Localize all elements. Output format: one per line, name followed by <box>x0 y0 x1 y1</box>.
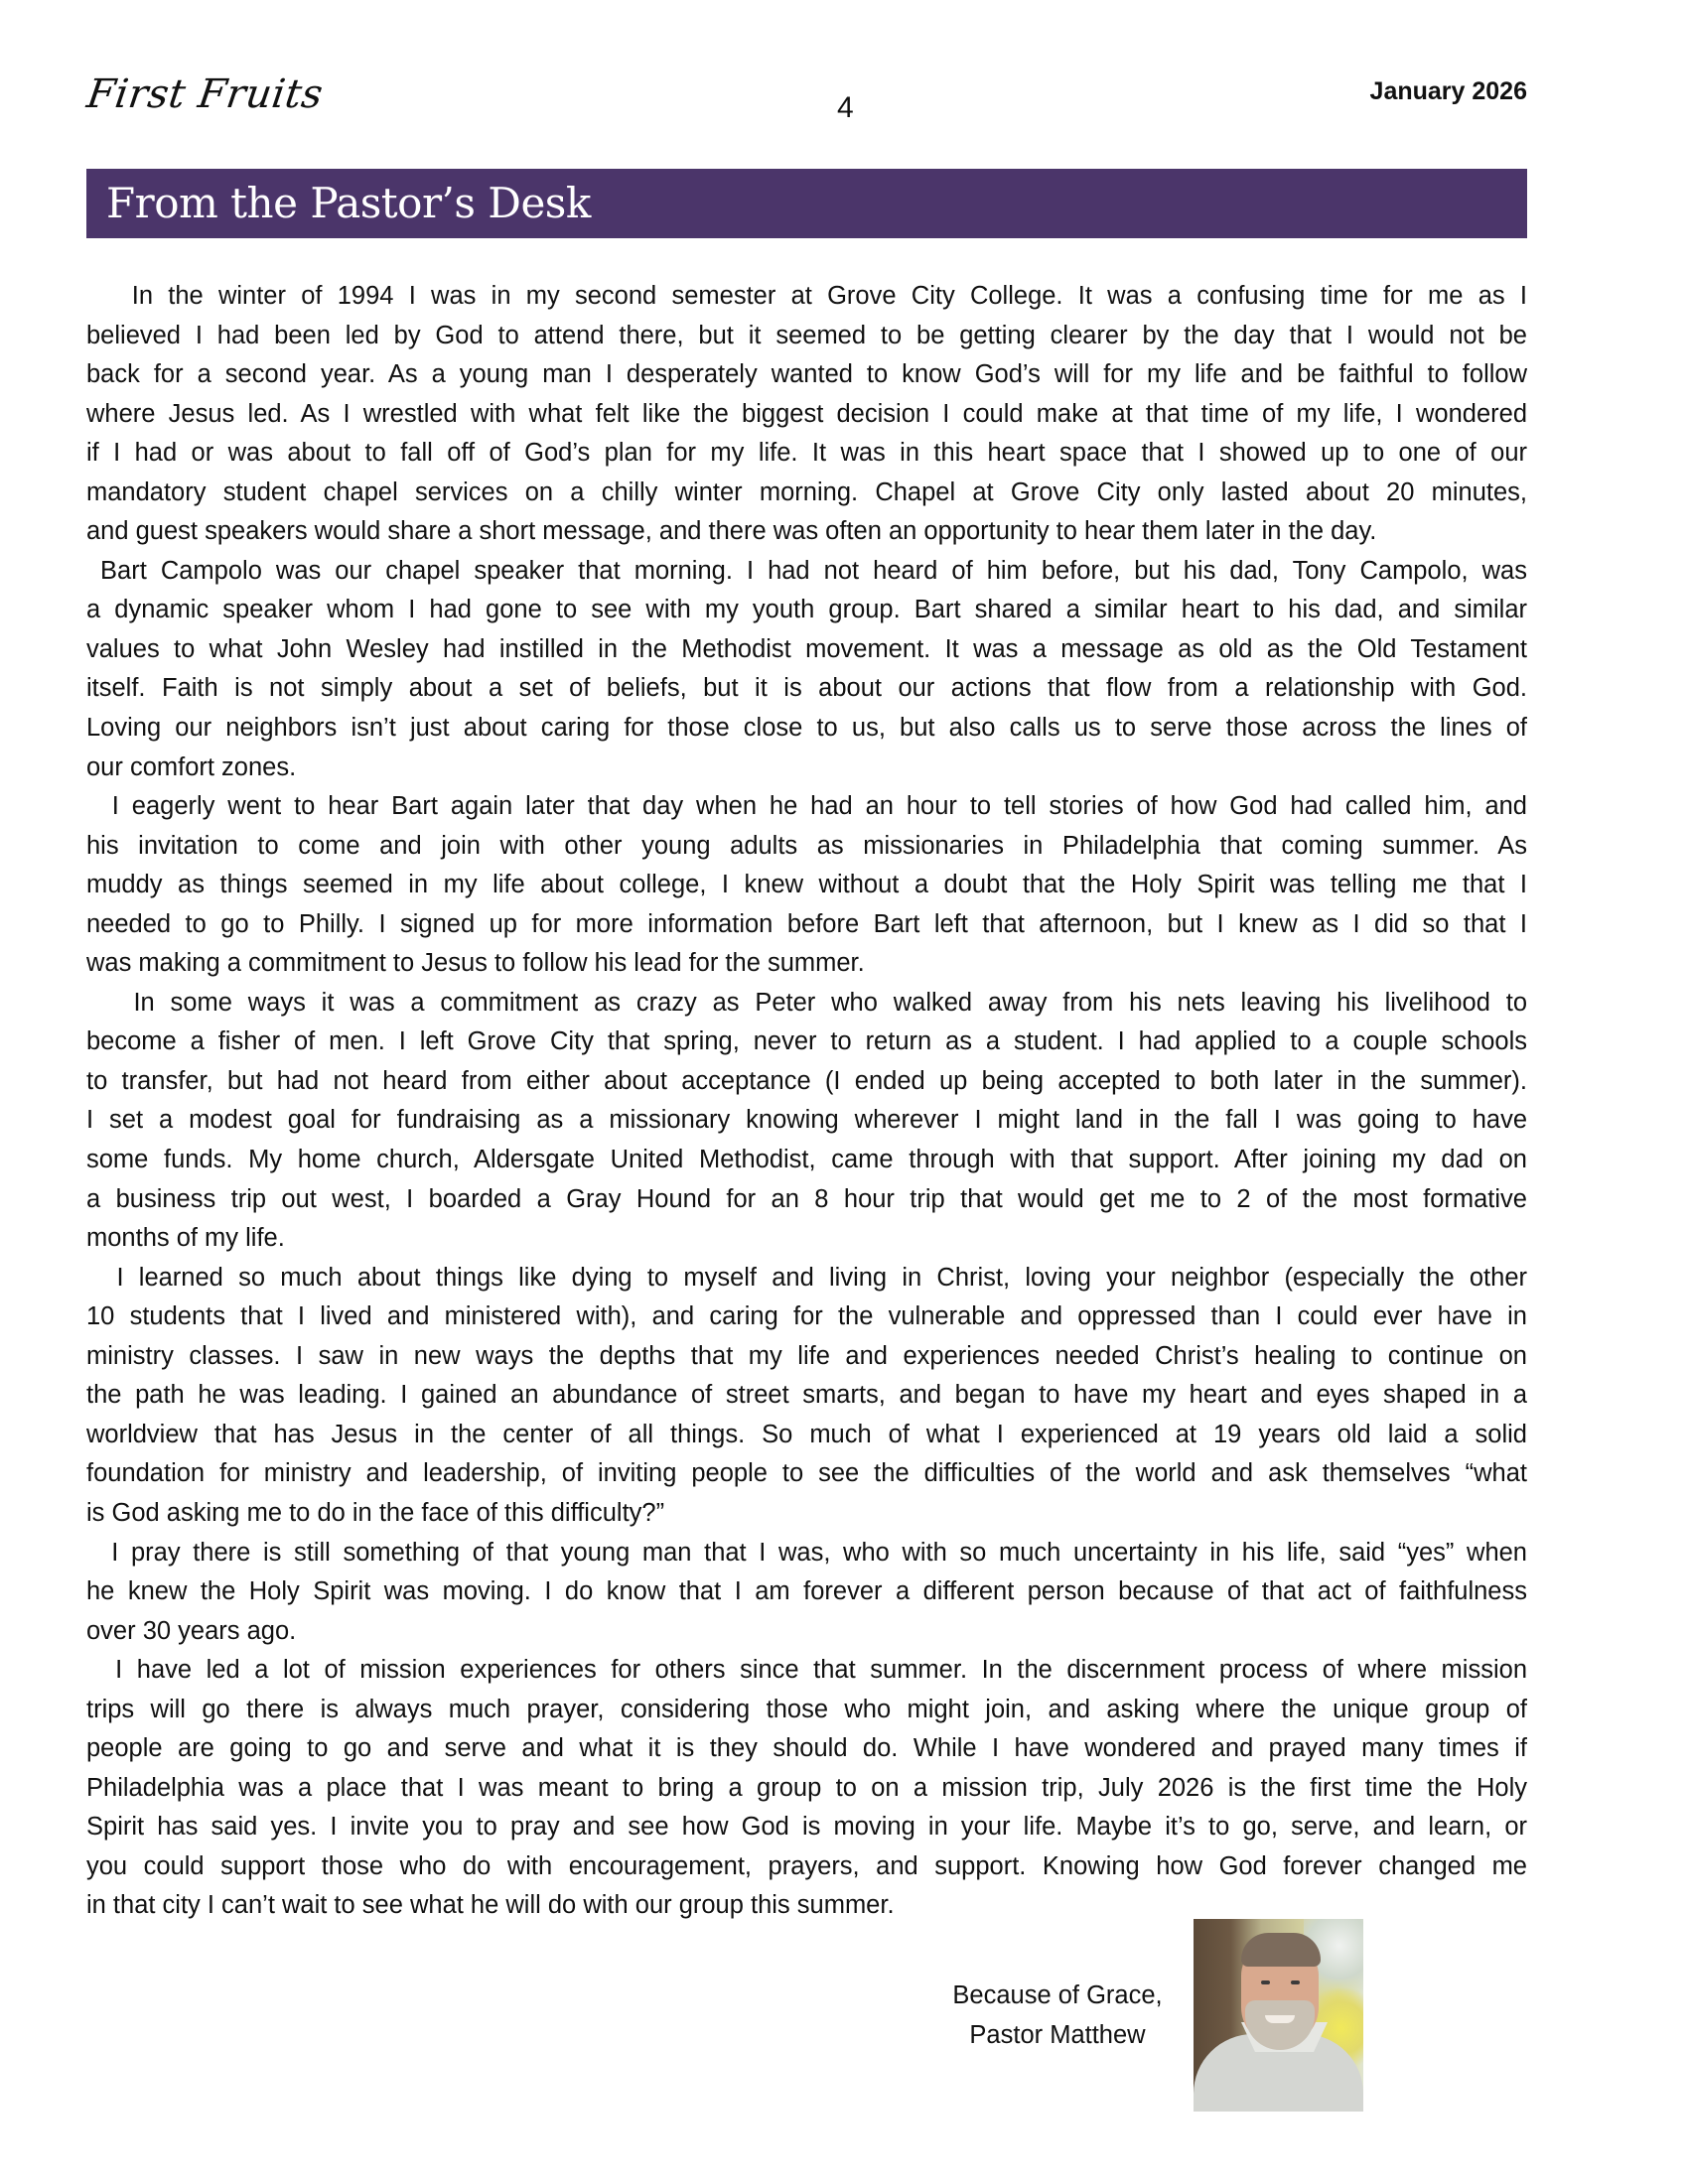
page-number: 4 <box>837 91 854 125</box>
section-banner: From the Pastor’s Desk <box>86 169 1527 238</box>
article-line: In some ways it was a commitment as craz… <box>86 984 1527 1024</box>
article-line: foundation for ministry and leadership, … <box>86 1454 1527 1494</box>
article-line: needed to go to Philly. I signed up for … <box>86 905 1527 945</box>
article-line: his invitation to come and join with oth… <box>86 827 1527 867</box>
signoff: Because of Grace, Pastor Matthew <box>933 1976 1182 2055</box>
article-line: become a fisher of men. I left Grove Cit… <box>86 1023 1527 1062</box>
article-line: I learned so much about things like dyin… <box>86 1259 1527 1298</box>
article-line: Spirit has said yes. I invite you to pra… <box>86 1808 1527 1847</box>
article-line: to transfer, but had not heard from eith… <box>86 1062 1527 1102</box>
signoff-closing: Because of Grace, <box>933 1976 1182 2015</box>
article-line: muddy as things seemed in my life about … <box>86 866 1527 905</box>
article-line: 10 students that I lived and ministered … <box>86 1297 1527 1337</box>
photo-eye <box>1291 1980 1300 1984</box>
article-line: if I had or was about to fall off of God… <box>86 434 1527 474</box>
article-line: I have led a lot of mission experiences … <box>86 1651 1527 1691</box>
article-line: values to what John Wesley had instilled… <box>86 630 1527 670</box>
article-line: a business trip out west, I boarded a Gr… <box>86 1180 1527 1220</box>
article-line: people are going to go and serve and wha… <box>86 1729 1527 1769</box>
article-line: and guest speakers would share a short m… <box>86 512 1527 552</box>
article-line: itself. Faith is not simply about a set … <box>86 669 1527 709</box>
photo-eye <box>1261 1980 1270 1984</box>
article-line: where Jesus led. As I wrestled with what… <box>86 395 1527 435</box>
article-line: I eagerly went to hear Bart again later … <box>86 787 1527 827</box>
article-line: believed I had been led by God to attend… <box>86 317 1527 356</box>
article-line: is God asking me to do in the face of th… <box>86 1494 1527 1534</box>
publication-title: First Fruits <box>84 71 326 117</box>
article-line: he knew the Holy Spirit was moving. I do… <box>86 1572 1527 1612</box>
article-line: Bart Campolo was our chapel speaker that… <box>86 552 1527 592</box>
article-line: back for a second year. As a young man I… <box>86 355 1527 395</box>
article-line: our comfort zones. <box>86 749 1527 788</box>
article-line: some funds. My home church, Aldersgate U… <box>86 1141 1527 1180</box>
article-line: months of my life. <box>86 1219 1527 1259</box>
photo-hair <box>1241 1933 1321 1967</box>
article-line: a dynamic speaker whom I had gone to see… <box>86 591 1527 630</box>
article-line: was making a commitment to Jesus to foll… <box>86 944 1527 984</box>
article-line: In the winter of 1994 I was in my second… <box>86 277 1527 317</box>
section-title: From the Pastor’s Desk <box>106 179 591 228</box>
article-line: trips will go there is always much praye… <box>86 1691 1527 1730</box>
signoff-name: Pastor Matthew <box>933 2015 1182 2055</box>
article-line: worldview that has Jesus in the center o… <box>86 1416 1527 1455</box>
article-line: I set a modest goal for fundraising as a… <box>86 1101 1527 1141</box>
pastor-photo <box>1194 1919 1363 2112</box>
article-line: I pray there is still something of that … <box>86 1534 1527 1573</box>
article-line: ministry classes. I saw in new ways the … <box>86 1337 1527 1377</box>
article-line: mandatory student chapel services on a c… <box>86 474 1527 513</box>
article-line: over 30 years ago. <box>86 1612 1527 1652</box>
issue-date: January 2026 <box>1370 77 1527 106</box>
photo-smile <box>1265 2015 1295 2023</box>
article-body: In the winter of 1994 I was in my second… <box>86 277 1527 1926</box>
article-line: Philadelphia was a place that I was mean… <box>86 1769 1527 1809</box>
article-line: Loving our neighbors isn’t just about ca… <box>86 709 1527 749</box>
article-line: you could support those who do with enco… <box>86 1847 1527 1887</box>
article-line: the path he was leading. I gained an abu… <box>86 1376 1527 1416</box>
